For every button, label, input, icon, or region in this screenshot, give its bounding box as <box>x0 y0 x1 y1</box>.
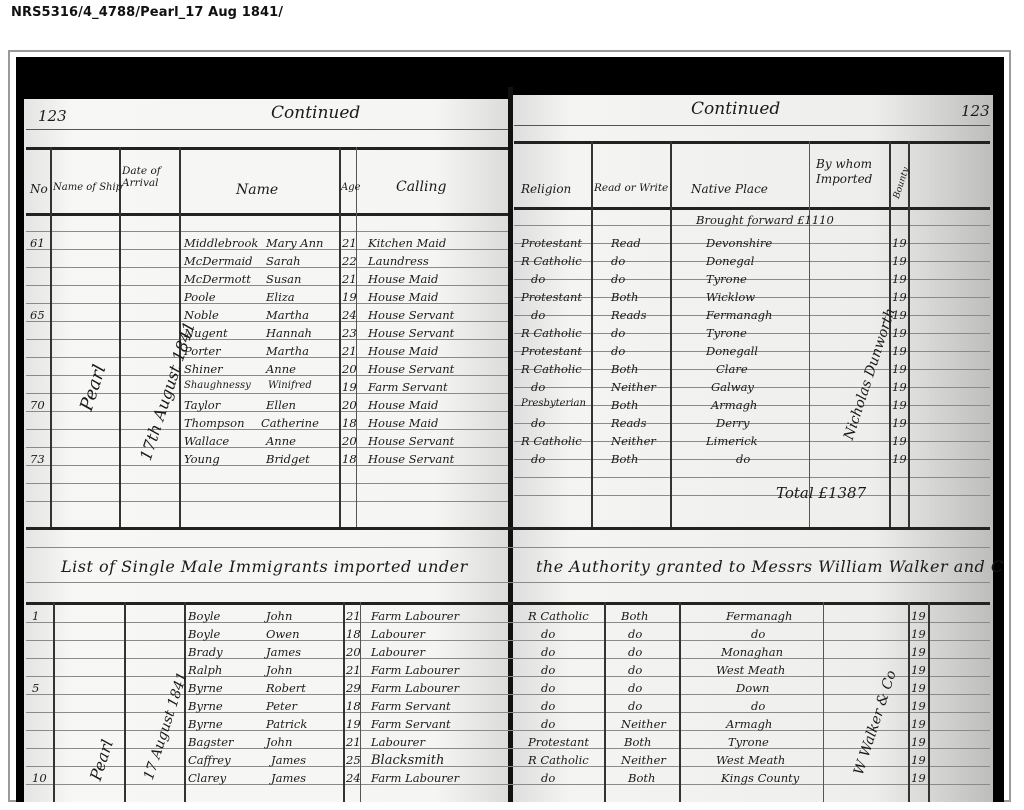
calling: House Servant <box>368 362 454 376</box>
religion: do <box>531 308 545 322</box>
religion: do <box>531 416 545 430</box>
native-place: Derry <box>716 416 750 430</box>
surname: Noble <box>184 308 219 322</box>
col-header-calling: Calling <box>396 179 446 195</box>
native-place: Clare <box>716 362 748 376</box>
read-write: Both <box>624 735 651 749</box>
row-number: 61 <box>30 236 45 250</box>
col-header-date: Date of Arrival <box>122 165 177 189</box>
read-write: Neither <box>621 717 666 731</box>
first-name: Eliza <box>266 290 295 304</box>
native-place: West Meath <box>716 753 785 767</box>
bounty: 19 <box>892 434 907 448</box>
native-place: do <box>751 627 765 641</box>
native-place: Devonshire <box>706 236 772 250</box>
age: 19 <box>346 717 361 731</box>
calling: Farm Servant <box>371 699 451 713</box>
col-header-religion: Religion <box>521 182 571 196</box>
row-number: 70 <box>30 398 45 412</box>
surname: Byrne <box>188 717 223 731</box>
surname: Brady <box>188 645 223 659</box>
first-name: James <box>271 753 306 767</box>
read-write: Both <box>611 362 638 376</box>
bounty: 19 <box>892 272 907 286</box>
bounty: 19 <box>892 308 907 322</box>
religion: do <box>541 699 555 713</box>
first-name: Sarah <box>266 254 301 268</box>
surname: McDermaid <box>184 254 253 268</box>
page-total: Total £1387 <box>776 484 866 502</box>
religion: R Catholic <box>521 326 582 340</box>
age: 25 <box>346 753 361 767</box>
religion: R Catholic <box>528 609 589 623</box>
bounty: 19 <box>892 326 907 340</box>
age: 20 <box>342 362 357 376</box>
calling: House Maid <box>368 272 438 286</box>
surname: Caffrey <box>188 753 231 767</box>
native-place: Monaghan <box>721 645 783 659</box>
ledger-scan: 123 Continued Continued 123 <box>16 57 1004 802</box>
native-place: Tyrone <box>706 272 747 286</box>
age: 21 <box>346 663 361 677</box>
native-place: Armagh <box>726 717 772 731</box>
surname: Shaughnessy <box>184 380 251 391</box>
surname: Ralph <box>188 663 222 677</box>
calling: Labourer <box>371 735 425 749</box>
calling: Farm Labourer <box>371 663 459 677</box>
read-write: do <box>611 344 625 358</box>
age: 21 <box>342 272 357 286</box>
read-write: do <box>628 699 642 713</box>
religion: R Catholic <box>521 254 582 268</box>
native-place: Fermanagh <box>726 609 792 623</box>
calling: House Maid <box>368 398 438 412</box>
calling: House Servant <box>368 452 454 466</box>
read-write: Both <box>611 398 638 412</box>
first-name: Mary Ann <box>266 236 323 250</box>
calling: Labourer <box>371 627 425 641</box>
read-write: Neither <box>611 380 656 394</box>
native-place: Donegal <box>706 254 754 268</box>
age: 29 <box>346 681 361 695</box>
col-header-no: No <box>30 182 48 196</box>
read-write: Neither <box>621 753 666 767</box>
religion: R Catholic <box>528 753 589 767</box>
bounty: 19 <box>892 254 907 268</box>
surname: Middlebrook <box>184 236 258 250</box>
calling: Farm Labourer <box>371 609 459 623</box>
religion: do <box>541 627 555 641</box>
calling: House Servant <box>368 326 454 340</box>
surname: Boyle <box>188 609 220 623</box>
row-number: 10 <box>32 771 47 785</box>
surname: Thompson <box>184 416 245 430</box>
read-write: do <box>628 627 642 641</box>
banner-right: the Authority granted to Messrs William … <box>536 557 1004 576</box>
native-place: Wicklow <box>706 290 755 304</box>
bounty: 19 <box>911 609 926 623</box>
age: 18 <box>346 627 361 641</box>
religion: Protestant <box>521 236 582 250</box>
read-write: Reads <box>611 416 647 430</box>
native-place: Tyrone <box>728 735 769 749</box>
calling: Farm Servant <box>368 380 448 394</box>
surname: Nugent <box>184 326 228 340</box>
first-name: John <box>266 735 292 749</box>
age: 21 <box>342 236 357 250</box>
right-page <box>513 95 993 802</box>
bounty: 19 <box>911 771 926 785</box>
native-place: Donegall <box>706 344 758 358</box>
read-write: Both <box>628 771 655 785</box>
religion: R Catholic <box>521 362 582 376</box>
religion: do <box>531 272 545 286</box>
native-place: do <box>736 452 750 466</box>
first-name: James <box>266 645 301 659</box>
row-number: 73 <box>30 452 45 466</box>
age: 18 <box>342 452 357 466</box>
religion: do <box>531 452 545 466</box>
first-name: Bridget <box>266 452 310 466</box>
read-write: Read <box>611 236 641 250</box>
read-write: do <box>611 326 625 340</box>
religion: Protestant <box>521 290 582 304</box>
row-number: 5 <box>32 681 39 695</box>
bounty: 19 <box>892 290 907 304</box>
calling: Kitchen Maid <box>368 236 446 250</box>
age: 23 <box>342 326 357 340</box>
bounty: 19 <box>911 645 926 659</box>
first-name: Ellen <box>266 398 296 412</box>
document-image-frame: 123 Continued Continued 123 <box>8 50 1011 802</box>
religion: do <box>541 771 555 785</box>
first-name: Anne <box>266 434 296 448</box>
first-name: Owen <box>266 627 299 641</box>
religion: do <box>541 681 555 695</box>
surname: Shiner <box>184 362 223 376</box>
age: 20 <box>342 398 357 412</box>
native-place: Down <box>736 681 769 695</box>
right-page-number: 123 <box>961 102 990 120</box>
first-name: John <box>266 663 292 677</box>
religion: Protestant <box>528 735 589 749</box>
surname: Wallace <box>184 434 229 448</box>
bounty: 19 <box>892 236 907 250</box>
calling: Farm Labourer <box>371 681 459 695</box>
calling: House Servant <box>368 308 454 322</box>
religion: Presbyterian <box>521 398 586 409</box>
age: 18 <box>342 416 357 430</box>
first-name: Susan <box>266 272 301 286</box>
read-write: Reads <box>611 308 647 322</box>
calling: Farm Servant <box>371 717 451 731</box>
religion: Protestant <box>521 344 582 358</box>
col-header-ship: Name of Ship <box>53 182 122 193</box>
col-header-native-place: Native Place <box>691 182 768 196</box>
first-name: John <box>266 609 292 623</box>
bounty: 19 <box>911 663 926 677</box>
read-write: do <box>628 645 642 659</box>
first-name: Robert <box>266 681 306 695</box>
bounty: 19 <box>911 681 926 695</box>
bounty: 19 <box>911 753 926 767</box>
row-number: 65 <box>30 308 45 322</box>
col-header-read-write: Read or Write <box>594 182 668 194</box>
right-page-heading: Continued <box>691 99 780 119</box>
calling: Labourer <box>371 645 425 659</box>
first-name: Hannah <box>266 326 312 340</box>
first-name: Catherine <box>261 416 319 430</box>
religion: do <box>541 663 555 677</box>
native-place: Galway <box>711 380 754 394</box>
bounty: 19 <box>892 344 907 358</box>
religion: do <box>541 717 555 731</box>
page-path-title: NRS5316/4_4788/Pearl_17 Aug 1841/ <box>11 5 283 20</box>
brought-forward: Brought forward £1110 <box>696 213 834 227</box>
native-place: Limerick <box>706 434 758 448</box>
read-write: do <box>611 254 625 268</box>
left-page-heading: Continued <box>271 103 360 123</box>
bounty: 19 <box>892 398 907 412</box>
surname: Young <box>184 452 220 466</box>
first-name: Patrick <box>266 717 307 731</box>
read-write: Both <box>611 452 638 466</box>
first-name: Anne <box>266 362 296 376</box>
bounty: 19 <box>892 416 907 430</box>
surname: Byrne <box>188 681 223 695</box>
read-write: Neither <box>611 434 656 448</box>
surname: Byrne <box>188 699 223 713</box>
age: 20 <box>342 434 357 448</box>
read-write: do <box>628 681 642 695</box>
surname: Poole <box>184 290 216 304</box>
bounty: 19 <box>911 717 926 731</box>
surname: Boyle <box>188 627 220 641</box>
left-page-number: 123 <box>38 107 67 125</box>
age: 20 <box>346 645 361 659</box>
bounty: 19 <box>911 627 926 641</box>
calling: House Servant <box>368 434 454 448</box>
first-name: Martha <box>266 344 309 358</box>
row-number: 1 <box>32 609 39 623</box>
banner-left: List of Single Male Immigrants imported … <box>61 557 468 576</box>
read-write: do <box>611 272 625 286</box>
age: 18 <box>346 699 361 713</box>
age: 22 <box>342 254 357 268</box>
calling: House Maid <box>368 344 438 358</box>
native-place: Kings County <box>721 771 799 785</box>
read-write: Both <box>621 609 648 623</box>
bounty: 19 <box>892 452 907 466</box>
first-name: Peter <box>266 699 297 713</box>
surname: McDermott <box>184 272 251 286</box>
first-name: Winifred <box>268 380 312 391</box>
left-page <box>24 99 508 802</box>
read-write: Both <box>611 290 638 304</box>
age: 21 <box>346 609 361 623</box>
surname: Porter <box>184 344 221 358</box>
age: 24 <box>342 308 357 322</box>
native-place: West Meath <box>716 663 785 677</box>
bounty: 19 <box>911 735 926 749</box>
calling: Laundress <box>368 254 429 268</box>
age: 19 <box>342 290 357 304</box>
native-place: Tyrone <box>706 326 747 340</box>
native-place: Fermanagh <box>706 308 772 322</box>
surname: Taylor <box>184 398 220 412</box>
surname: Clarey <box>188 771 226 785</box>
col-header-age: Age <box>341 182 361 193</box>
age: 21 <box>342 344 357 358</box>
calling: House Maid <box>368 416 438 430</box>
age: 24 <box>346 771 361 785</box>
read-write: do <box>628 663 642 677</box>
native-place: Armagh <box>711 398 757 412</box>
calling: Farm Labourer <box>371 771 459 785</box>
age: 19 <box>342 380 357 394</box>
bounty: 19 <box>911 699 926 713</box>
surname: Bagster <box>188 735 234 749</box>
first-name: James <box>271 771 306 785</box>
first-name: Martha <box>266 308 309 322</box>
native-place: do <box>751 699 765 713</box>
bounty: 19 <box>892 380 907 394</box>
calling: House Maid <box>368 290 438 304</box>
religion: R Catholic <box>521 434 582 448</box>
col-header-name: Name <box>236 182 278 198</box>
age: 21 <box>346 735 361 749</box>
calling: Blacksmith <box>371 753 444 768</box>
col-header-imported-by: By whom Imported <box>816 157 886 187</box>
religion: do <box>531 380 545 394</box>
bounty: 19 <box>892 362 907 376</box>
religion: do <box>541 645 555 659</box>
